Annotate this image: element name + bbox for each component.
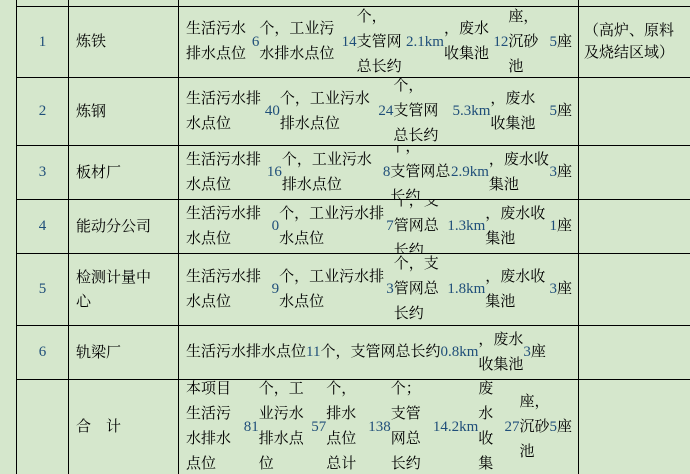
note-cell: [579, 254, 690, 326]
row-number-cell: 1: [17, 7, 69, 78]
document-page: 1 炼铁 生活污水排水点位 6 个，工业污水排水点位 14 个， 支管网总长约 …: [0, 0, 690, 474]
facility-name-cell: 轨梁厂: [69, 326, 179, 380]
partial-row-description-cell: [179, 0, 579, 7]
facility-name-cell: 板材厂: [69, 146, 179, 200]
partial-row-name-cell: [69, 0, 179, 7]
description-cell: 生活污水排水点位 9 个，工业污水排水点位 3 个，支 管网总长约 1.8km，…: [179, 254, 579, 326]
note-cell: （高炉、原料及烧结区域）: [579, 7, 690, 78]
note-cell: [579, 380, 690, 474]
facility-name-cell: 能动分公司: [69, 200, 179, 254]
note-cell: [579, 78, 690, 146]
description-cell: 生活污水排水点位 6 个，工业污水排水点位 14 个， 支管网总长约 2.1km…: [179, 7, 579, 78]
row-number-cell: 6: [17, 326, 69, 380]
row-number-cell: 5: [17, 254, 69, 326]
facility-name-cell: 炼钢: [69, 78, 179, 146]
description-cell: 生活污水排水点位 11 个，支管网总长约 0.8km，废水 收集池 3 座: [179, 326, 579, 380]
facility-name-cell: 炼铁: [69, 7, 179, 78]
row-number-cell: 2: [17, 78, 69, 146]
description-cell: 生活污水排水点位 16 个，工业污水排水点位 8 个， 支管网总长约 2.9km…: [179, 146, 579, 200]
row-number-cell: 3: [17, 146, 69, 200]
description-cell: 生活污水排水点位 0 个，工业污水排水点位 7 个，支 管网总长约 1.3km，…: [179, 200, 579, 254]
partial-row-note-cell: [579, 0, 690, 7]
total-label-cell: 合 计: [69, 380, 179, 474]
row-number-cell: [17, 380, 69, 474]
note-cell: [579, 326, 690, 380]
drainage-points-table: 1 炼铁 生活污水排水点位 6 个，工业污水排水点位 14 个， 支管网总长约 …: [16, 0, 690, 474]
note-cell: [579, 200, 690, 254]
description-cell: 生活污水排水点位 40 个，工业污水排水点位 24 个， 支管网总长约 5.3k…: [179, 78, 579, 146]
facility-name-cell: 检测计量中心: [69, 254, 179, 326]
partial-row-number-cell: [17, 0, 69, 7]
row-number-cell: 4: [17, 200, 69, 254]
note-cell: [579, 146, 690, 200]
total-description-cell: 本项目生活污水排水点位 81 个，工业污水排水点位 57 个，排水点位总计 13…: [179, 380, 579, 474]
